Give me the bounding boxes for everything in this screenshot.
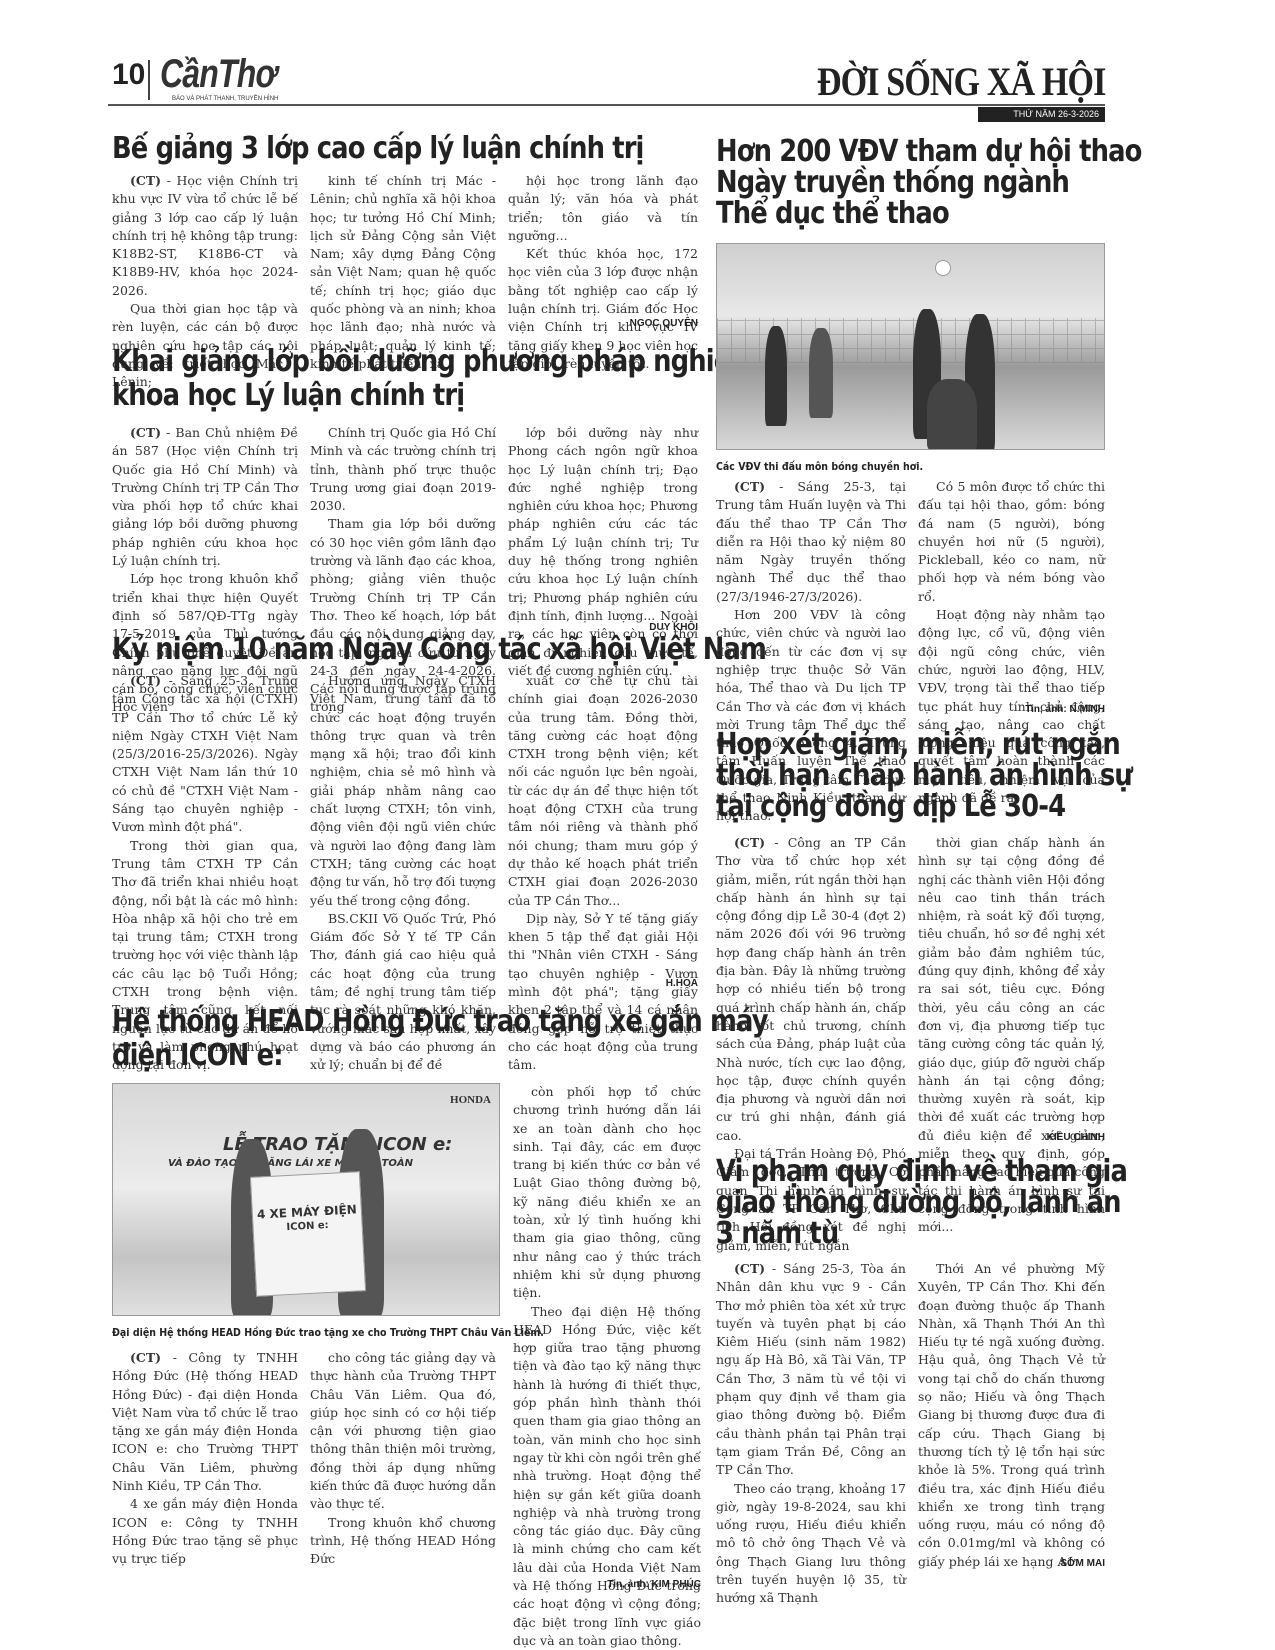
- article-headline: Khai giảng lớp bồi dưỡng phương pháp ngh…: [112, 345, 805, 379]
- article-headline: Thể dục thể thao: [716, 197, 949, 231]
- article-byline: NGỌC QUYÊN: [508, 318, 698, 329]
- article-headline: khoa học Lý luận chính trị: [112, 379, 464, 413]
- volleyball-photo: [716, 243, 1105, 450]
- article-headline: Kỷ niệm 10 năm Ngày Công tác xã hội Việt…: [112, 633, 766, 667]
- article-paragraph: (CT) - Sáng 25-3, Tòa án Nhân dân khu vự…: [716, 1260, 906, 1480]
- article-paragraph: Trong khuôn khổ chương trình, Hệ thống H…: [310, 1514, 496, 1569]
- photo-caption: Các VĐV thi đấu môn bóng chuyền hơi.: [716, 461, 923, 473]
- article-paragraph: Có 5 môn được tổ chức thi đấu tại hội th…: [918, 478, 1105, 606]
- masthead-divider: [148, 60, 150, 100]
- article-paragraph: (CT) - Học viện Chính trị khu vực IV vừa…: [112, 172, 298, 300]
- article-byline: Tin, ảnh: N.MINH: [918, 704, 1105, 715]
- article-headline: thời hạn chấp hành án hình sự: [716, 759, 1132, 793]
- article-headline: Hệ thống HEAD Hồng Đức trao tặng xe gắn …: [112, 1005, 768, 1039]
- article-headline: Ngày truyền thống ngành: [716, 166, 1069, 200]
- issue-date: THỨ NĂM 26-3-2026: [978, 107, 1105, 122]
- honda-logo: HONDA: [450, 1094, 491, 1106]
- article-paragraph: BS.CKII Võ Quốc Trứ, Phó Giám đốc Sở Y t…: [310, 910, 496, 1075]
- newspaper-logo: CầnThơ: [160, 52, 276, 97]
- article-headline: Hơn 200 VĐV tham dự hội thao: [716, 135, 1142, 169]
- article-paragraph: (CT) - Sáng 25-3, Trung tâm Công tác xã …: [112, 672, 298, 837]
- article-paragraph: hội học trong lãnh đạo quản lý; văn hóa …: [508, 172, 698, 245]
- article-byline: H.HOA: [508, 978, 698, 989]
- article-headline: tại cộng đồng dịp Lễ 30-4: [716, 790, 1065, 824]
- article-byline: KIỀU CHINH: [918, 1132, 1105, 1143]
- article-headline: điện ICON e:: [112, 1039, 283, 1073]
- article-headline: Bế giảng 3 lớp cao cấp lý luận chính trị: [112, 132, 644, 166]
- photo-caption: Đại diện Hệ thống HEAD Hồng Đức trao tặn…: [112, 1327, 544, 1339]
- article-paragraph: Theo đại diện Hệ thống HEAD Hồng Đức, vi…: [513, 1303, 701, 1650]
- article-headline: 3 năm tù: [716, 1217, 838, 1251]
- article-paragraph: xuất cơ chế tự chủ tài chính giai đoạn 2…: [508, 672, 698, 910]
- article-headline: Vi phạm quy định về tham gia: [716, 1155, 1127, 1189]
- article-column: (CT) - Sáng 25-3, Tòa án Nhân dân khu vự…: [716, 1260, 906, 1608]
- article-paragraph: Chính trị Quốc gia Hồ Chí Minh và các tr…: [310, 424, 496, 515]
- article-column: cho công tác giảng dạy và thực hành của …: [310, 1349, 496, 1569]
- article-column: còn phối hợp tổ chức chương trình hướng …: [513, 1083, 701, 1650]
- article-column: Thới An về phường Mỹ Xuyên, TP Cần Thơ. …: [918, 1260, 1105, 1571]
- article-headline: giao thông đường bộ, lãnh án: [716, 1186, 1121, 1220]
- donation-sign: 4 XE MÁY ĐIỆN ICON e:: [250, 1171, 366, 1297]
- article-paragraph: 4 xe gắn máy điện Honda ICON e: Công ty …: [112, 1495, 298, 1568]
- article-byline: Tin, ảnh: KIM PHÚC: [513, 1579, 701, 1590]
- article-paragraph: (CT) - Công ty TNHH Hồng Đức (Hệ thống H…: [112, 1349, 298, 1495]
- section-title: ĐỜI SỐNG XÃ HỘI: [816, 58, 1105, 105]
- article-paragraph: (CT) - Sáng 25-3, tại Trung tâm Huấn luy…: [716, 478, 906, 606]
- award-photo: HONDA LỄ TRAO TẶNG ICON e: VÀ ĐÀO TẠO KỸ…: [112, 1083, 500, 1316]
- article-headline: Họp xét giảm, miễn, rút ngắn: [716, 728, 1120, 762]
- article-paragraph: còn phối hợp tổ chức chương trình hướng …: [513, 1083, 701, 1303]
- article-byline: SỚM MAI: [918, 1558, 1105, 1569]
- article-column: (CT) - Công ty TNHH Hồng Đức (Hệ thống H…: [112, 1349, 298, 1569]
- article-paragraph: (CT) - Ban Chủ nhiệm Đề án 587 (Học viện…: [112, 424, 298, 570]
- article-paragraph: Hưởng ứng Ngày CTXH Việt Nam, trung tâm …: [310, 672, 496, 910]
- page-number: 10: [112, 58, 145, 92]
- article-paragraph: Theo cáo trạng, khoảng 17 giờ, ngày 19-8…: [716, 1480, 906, 1608]
- masthead-rule: [108, 104, 1105, 106]
- logo-subtitle: BÁO VÀ PHÁT THANH, TRUYỀN HÌNH: [172, 96, 278, 102]
- article-paragraph: Dịp này, Sở Y tế tặng giấy khen 5 tập th…: [508, 910, 698, 1075]
- article-paragraph: cho công tác giảng dạy và thực hành của …: [310, 1349, 496, 1514]
- article-paragraph: Thới An về phường Mỹ Xuyên, TP Cần Thơ. …: [918, 1260, 1105, 1571]
- article-paragraph: (CT) - Công an TP Cần Thơ vừa tổ chức họ…: [716, 834, 906, 1145]
